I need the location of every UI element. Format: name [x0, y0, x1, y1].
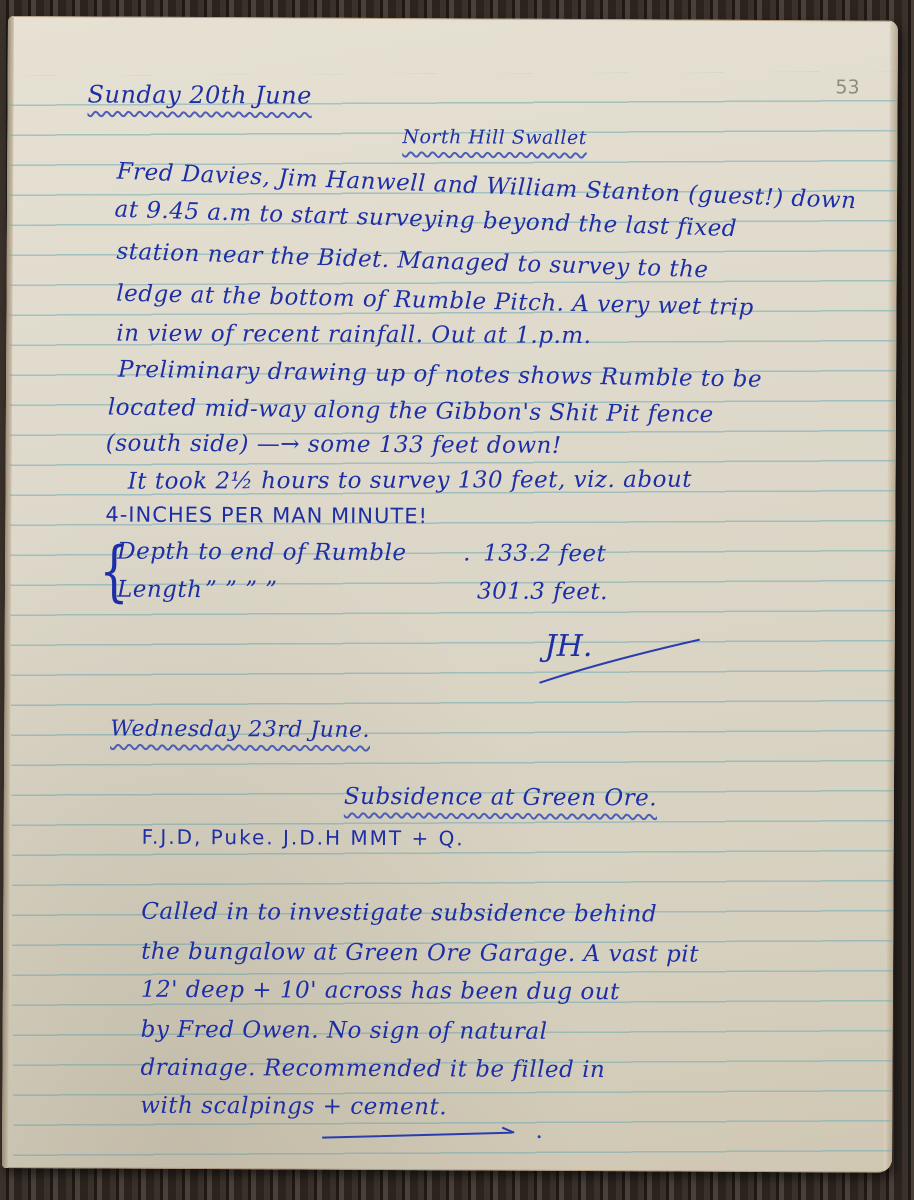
entry1-title: North Hill Swallet: [402, 126, 587, 149]
entry2-line-3: 12' deep + 10' across has been dug out: [141, 977, 620, 1006]
page-number: 53: [835, 76, 859, 98]
entry2-line-4: by Fred Owen. No sign of natural: [141, 1017, 548, 1045]
entry2-date: Wednesday 23rd June.: [110, 717, 370, 743]
entry1-line-5: in view of recent rainfall. Out at 1.p.m…: [116, 321, 591, 349]
entry2-line-6: with scalpings + cement.: [140, 1093, 447, 1121]
measurement-depth-value: 133.2 feet: [483, 540, 606, 567]
end-of-entry-arrow: [317, 1124, 557, 1145]
entry1-date: Sunday 20th June: [88, 80, 312, 109]
measurement-depth-dot: .: [463, 540, 471, 566]
entry1-line-9: It took 2½ hours to survey 130 feet, viz…: [128, 467, 692, 495]
entry1-line-8: (south side) —→ some 133 feet down!: [106, 431, 562, 459]
entry2-line-2: the bungalow at Green Ore Garage. A vast…: [141, 939, 699, 968]
entry2-line-1: Called in to investigate subsidence behi…: [141, 899, 657, 928]
measurement-length-ditto: ” ” ” ”: [205, 577, 278, 603]
measurement-length-label: Length: [117, 577, 203, 603]
entry2-title: Subsidence at Green Ore.: [344, 784, 657, 812]
measurement-depth-label: Depth to end of Rumble: [117, 539, 406, 567]
entry2-party: F.J.D, Puke. J.D.H MMT + Q.: [142, 825, 465, 851]
entry1-line-10: 4-INCHES PER MAN MINUTE!: [105, 503, 428, 529]
measurement-length-value: 301.3 feet.: [477, 578, 608, 605]
entry2-line-5: drainage. Recommended it be filled in: [140, 1055, 605, 1083]
notebook-page: 53 Sunday 20th June North Hill Swallet F…: [2, 16, 898, 1173]
signature-flourish: [534, 631, 704, 692]
